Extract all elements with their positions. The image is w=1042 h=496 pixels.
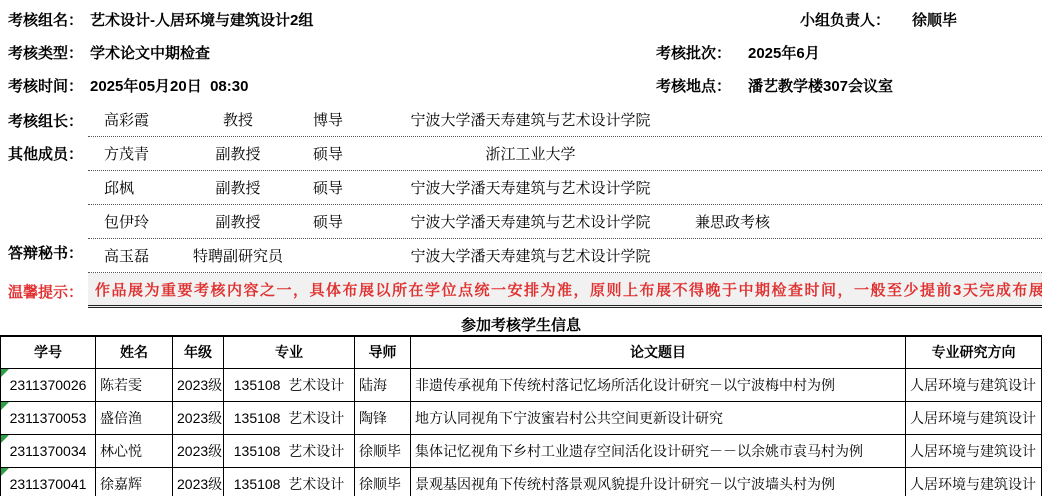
students-table: 学号 姓名 年级 专业 导师 论文题目 专业研究方向 2311370026 陈若…: [0, 335, 1042, 496]
group-name-value: 艺术设计-人居环境与建筑设计2组: [90, 9, 313, 30]
committee-row: 方茂青 副教授 硕导 浙江工业大学: [88, 137, 1042, 171]
other-members-label: 其他成员：: [8, 143, 88, 164]
committee-row: 高彩霞 教授 博导 宁波大学潘天寿建筑与艺术设计学院: [88, 103, 1042, 137]
committee-row: 邱枫 副教授 硕导 宁波大学潘天寿建筑与艺术设计学院: [88, 171, 1042, 205]
student-thesis: 地方认同视角下宁波蜜岩村公共空间更新设计研究: [411, 401, 906, 434]
member-institution: 宁波大学潘天寿建筑与艺术设计学院: [368, 245, 693, 266]
student-row: 2311370034 林心悦 2023级 135108 艺术设计 徐顺毕 集体记…: [1, 434, 1042, 467]
student-mentor: 徐顺毕: [355, 434, 411, 467]
info-row-group-name: 考核组名： 艺术设计-人居环境与建筑设计2组 小组负责人： 徐顺毕: [0, 2, 1042, 35]
committee-section: 考核组长： 其他成员： 答辩秘书： 高彩霞 教授 博导 宁波大学潘天寿建筑与艺术…: [0, 103, 1042, 273]
row-marker-icon: [1, 435, 9, 443]
info-row-time: 考核时间： 2025年05月20日 08:30 考核地点： 潘艺教学楼307会议…: [0, 68, 1042, 101]
col-header-student-id: 学号: [1, 336, 96, 368]
member-mentor-type: 硕导: [288, 177, 368, 198]
member-title: 教授: [188, 109, 288, 130]
member-institution: 宁波大学潘天寿建筑与艺术设计学院: [368, 109, 693, 130]
student-id-cell: 2311370041: [1, 467, 96, 496]
student-id: 2311370026: [10, 377, 87, 393]
member-mentor-type: 博导: [288, 109, 368, 130]
col-header-mentor: 导师: [355, 336, 411, 368]
notice-text: 作品展为重要考核内容之一，具体布展以所在学位点统一安排为准，原则上布展不得晚于中…: [88, 279, 1042, 300]
member-institution: 浙江工业大学: [368, 143, 693, 164]
student-direction: 人居环境与建筑设计: [906, 401, 1042, 434]
student-row: 2311370041 徐嘉辉 2023级 135108 艺术设计 徐顺毕 景观基…: [1, 467, 1042, 496]
student-grade: 2023级: [173, 434, 224, 467]
member-mentor-type: 硕导: [288, 211, 368, 232]
student-mentor: 徐顺毕: [355, 467, 411, 496]
student-thesis: 集体记忆视角下乡村工业遗存空间活化设计研究－－以余姚市袁马村为例: [411, 434, 906, 467]
student-id: 2311370053: [10, 410, 87, 426]
assessment-batch-label: 考核批次：: [656, 42, 731, 63]
assessment-info-section: 考核组名： 艺术设计-人居环境与建筑设计2组 小组负责人： 徐顺毕 考核类型： …: [0, 0, 1042, 101]
student-thesis: 景观基因视角下传统村落景观风貌提升设计研究－以宁波墙头村为例: [411, 467, 906, 496]
student-id: 2311370034: [10, 443, 87, 459]
student-grade: 2023级: [173, 467, 224, 496]
student-major: 135108 艺术设计: [224, 401, 355, 434]
student-row: 2311370053 盛倍渔 2023级 135108 艺术设计 陶锋 地方认同…: [1, 401, 1042, 434]
member-note: 兼思政考核: [693, 211, 1042, 232]
student-name: 徐嘉辉: [96, 467, 173, 496]
student-major: 135108 艺术设计: [224, 434, 355, 467]
member-name: 方茂青: [88, 143, 188, 164]
member-name: 邱枫: [88, 177, 188, 198]
committee-head-label: 考核组长：: [8, 110, 88, 131]
row-marker-icon: [1, 402, 9, 410]
group-leader-value: 徐顺毕: [912, 9, 957, 30]
notice-box: 作品展为重要考核内容之一，具体布展以所在学位点统一安排为准，原则上布展不得晚于中…: [88, 273, 1042, 308]
notice-label: 温馨提示：: [8, 281, 83, 302]
member-institution: 宁波大学潘天寿建筑与艺术设计学院: [368, 177, 693, 198]
student-grade: 2023级: [173, 401, 224, 434]
col-header-thesis: 论文题目: [411, 336, 906, 368]
defense-secretary-label: 答辩秘书：: [8, 242, 88, 263]
student-major: 135108 艺术设计: [224, 368, 355, 401]
assessment-place-label: 考核地点：: [656, 75, 731, 96]
students-table-title: 参加考核学生信息: [0, 308, 1042, 335]
committee-row: 高玉磊 特聘副研究员 宁波大学潘天寿建筑与艺术设计学院: [88, 239, 1042, 273]
student-id: 2311370041: [10, 476, 87, 492]
student-direction: 人居环境与建筑设计: [906, 368, 1042, 401]
students-header-row: 学号 姓名 年级 专业 导师 论文题目 专业研究方向: [1, 336, 1042, 368]
member-name: 高彩霞: [88, 109, 188, 130]
col-header-direction: 专业研究方向: [906, 336, 1042, 368]
student-mentor: 陆海: [355, 368, 411, 401]
committee-rows: 高彩霞 教授 博导 宁波大学潘天寿建筑与艺术设计学院 方茂青 副教授 硕导 浙江…: [88, 103, 1042, 273]
student-direction: 人居环境与建筑设计: [906, 467, 1042, 496]
notice-row: 温馨提示： 作品展为重要考核内容之一，具体布展以所在学位点统一安排为准，原则上布…: [0, 273, 1042, 308]
member-mentor-type: 硕导: [288, 143, 368, 164]
committee-row: 包伊玲 副教授 硕导 宁波大学潘天寿建筑与艺术设计学院 兼思政考核: [88, 205, 1042, 239]
assessment-place-value: 潘艺教学楼307会议室: [748, 75, 893, 96]
row-marker-icon: [1, 468, 9, 476]
student-direction: 人居环境与建筑设计: [906, 434, 1042, 467]
member-name: 包伊玲: [88, 211, 188, 232]
member-title: 副教授: [188, 177, 288, 198]
member-title: 副教授: [188, 211, 288, 232]
member-institution: 宁波大学潘天寿建筑与艺术设计学院: [368, 211, 693, 232]
student-name: 盛倍渔: [96, 401, 173, 434]
member-title: 副教授: [188, 143, 288, 164]
student-id-cell: 2311370034: [1, 434, 96, 467]
row-marker-icon: [1, 369, 9, 377]
col-header-name: 姓名: [96, 336, 173, 368]
group-name-label: 考核组名：: [8, 9, 83, 30]
student-grade: 2023级: [173, 368, 224, 401]
student-id-cell: 2311370053: [1, 401, 96, 434]
info-row-type: 考核类型： 学术论文中期检查 考核批次： 2025年6月: [0, 35, 1042, 68]
member-title: 特聘副研究员: [188, 245, 288, 266]
assessment-time-label: 考核时间：: [8, 75, 83, 96]
assessment-time-value: 2025年05月20日 08:30: [90, 75, 248, 96]
student-mentor: 陶锋: [355, 401, 411, 434]
assessment-type-label: 考核类型：: [8, 42, 83, 63]
assessment-batch-value: 2025年6月: [748, 42, 820, 63]
student-major: 135108 艺术设计: [224, 467, 355, 496]
student-name: 林心悦: [96, 434, 173, 467]
col-header-major: 专业: [224, 336, 355, 368]
col-header-grade: 年级: [173, 336, 224, 368]
assessment-type-value: 学术论文中期检查: [90, 42, 210, 63]
student-row: 2311370026 陈若雯 2023级 135108 艺术设计 陆海 非遗传承…: [1, 368, 1042, 401]
assessment-form-page: 考核组名： 艺术设计-人居环境与建筑设计2组 小组负责人： 徐顺毕 考核类型： …: [0, 0, 1042, 496]
group-leader-label: 小组负责人：: [800, 9, 890, 30]
student-id-cell: 2311370026: [1, 368, 96, 401]
member-name: 高玉磊: [88, 245, 188, 266]
student-thesis: 非遗传承视角下传统村落记忆场所活化设计研究－以宁波梅中村为例: [411, 368, 906, 401]
student-name: 陈若雯: [96, 368, 173, 401]
